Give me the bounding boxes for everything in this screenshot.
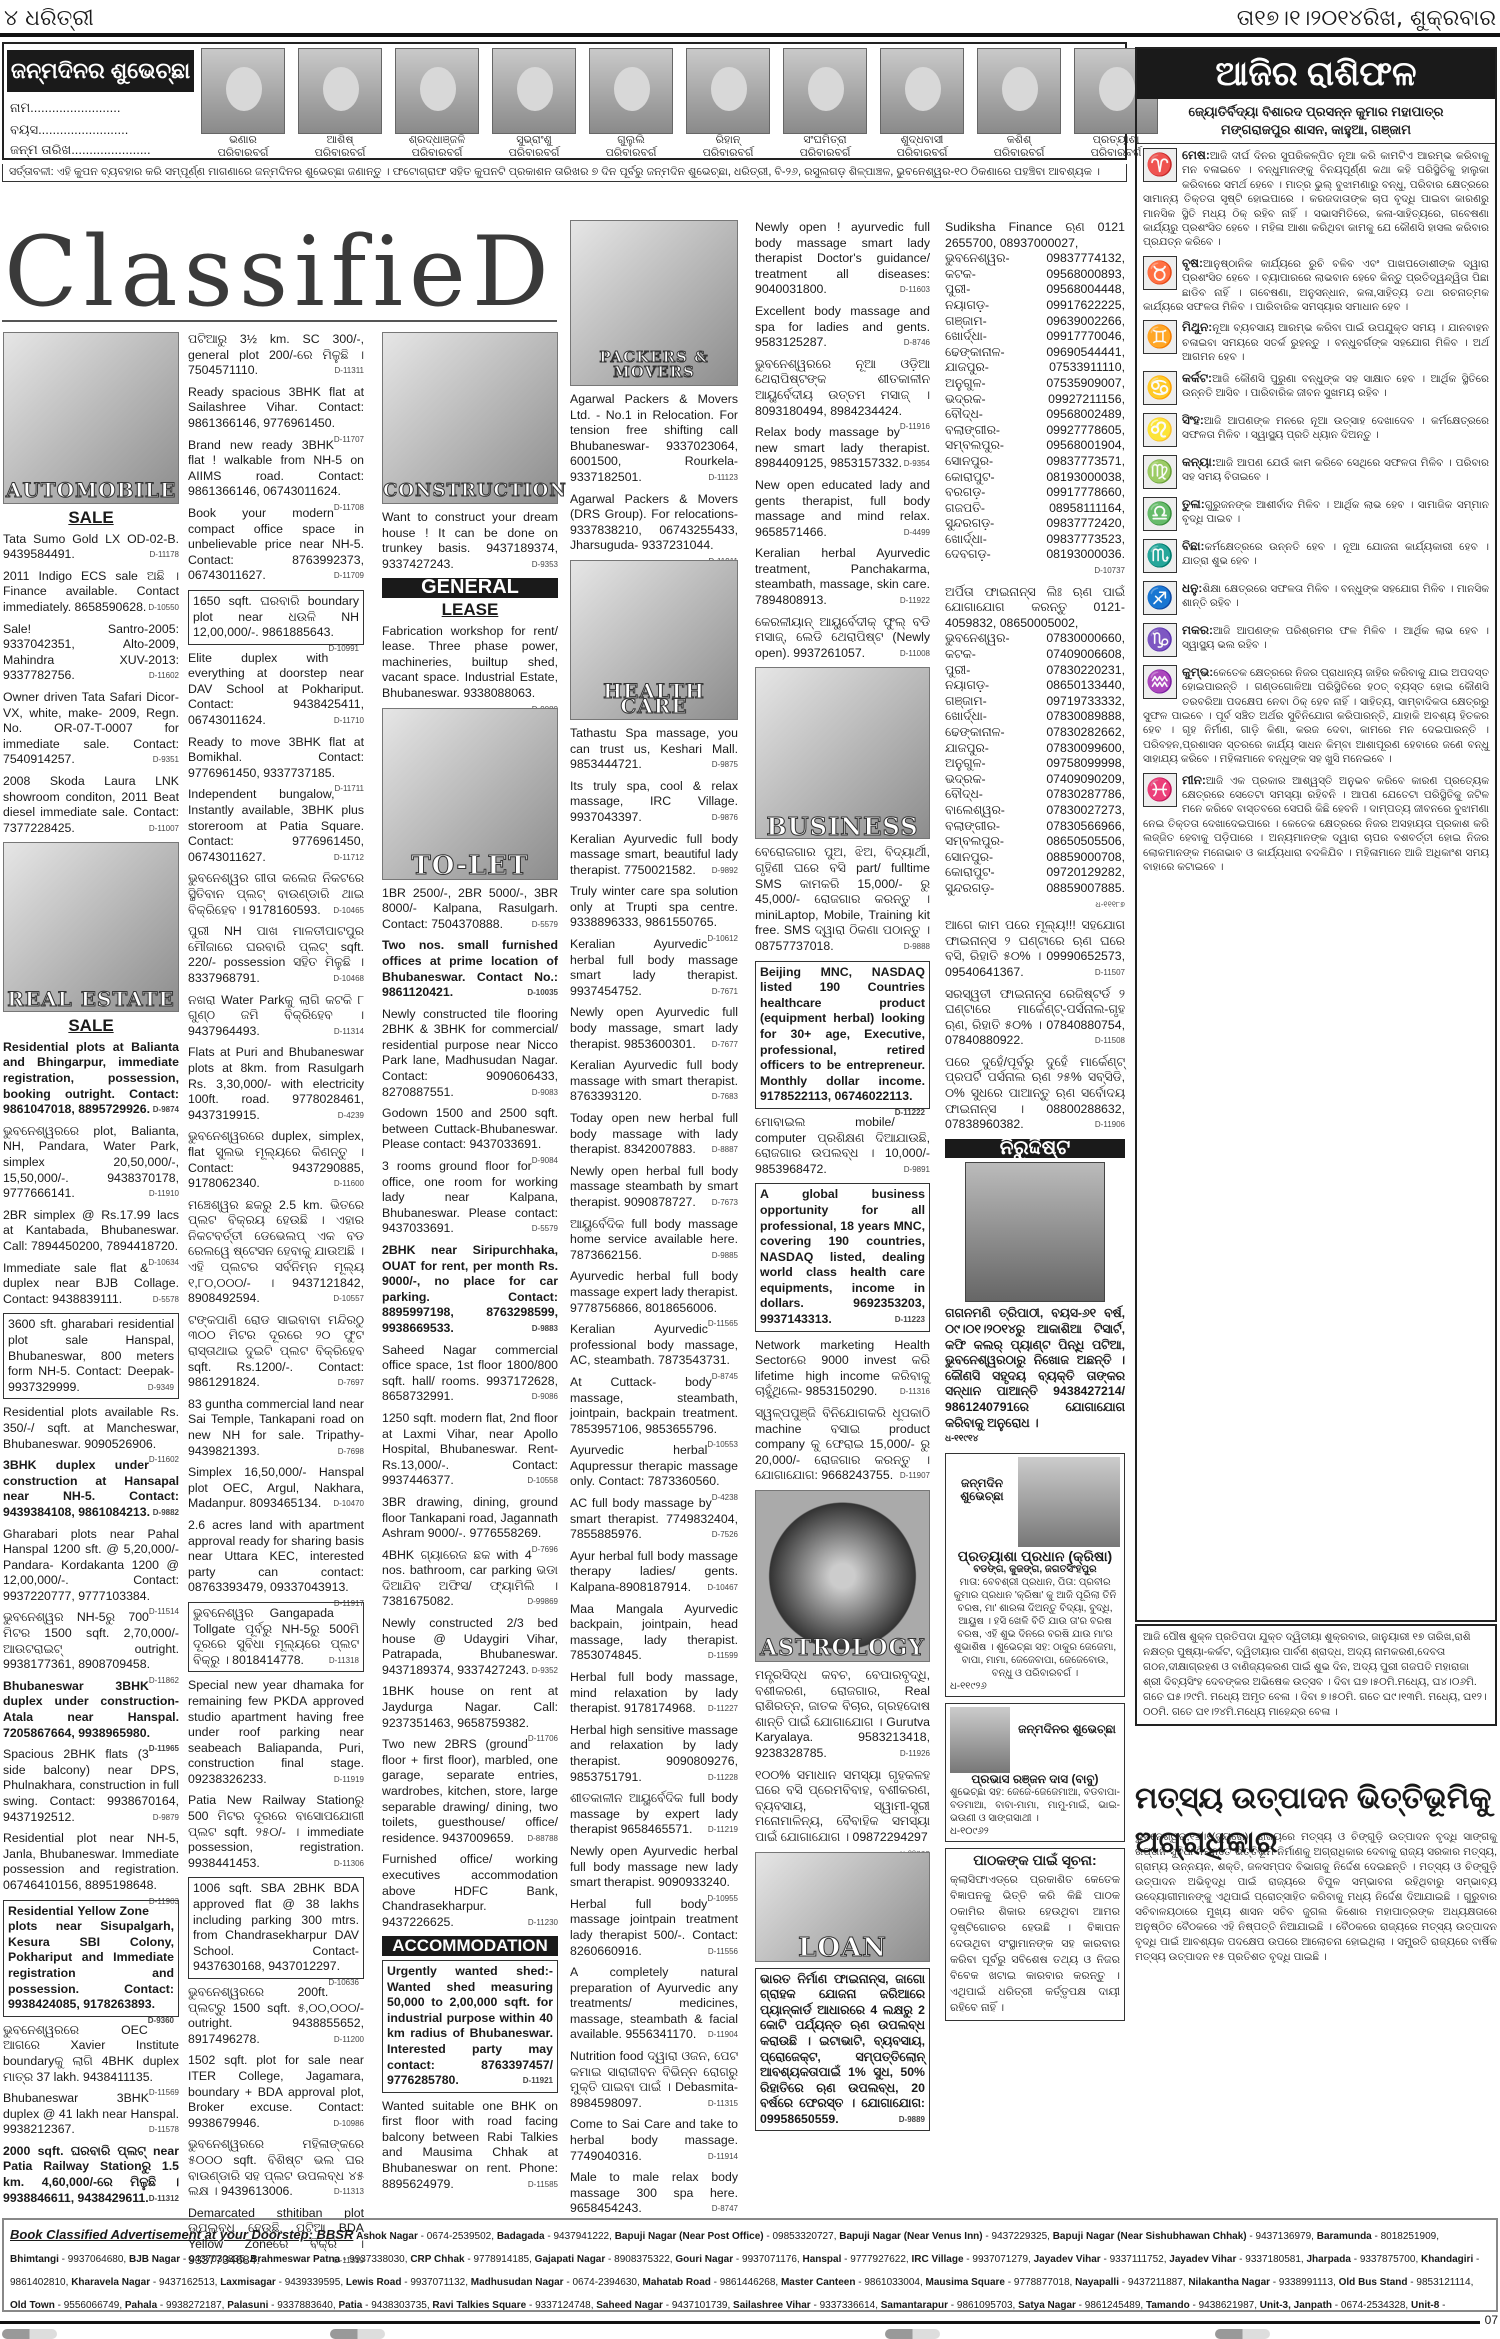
finance-branch-row: ଯାଜପୁର-07830099600,	[945, 741, 1125, 757]
zodiac-name: ବିଛା:	[1182, 539, 1205, 553]
birthday-child-name: ପ୍ରତ୍ୟାଶା ପ୍ରଧାନ (କ୍ରିଷା)	[950, 1550, 1120, 1563]
classified-ad: Ready to move 3BHK flat at Bomikhal. Con…	[188, 735, 364, 782]
classified-ad: ପଟିଆରୁ 3½ km. SC 300/-, general plot 200…	[188, 332, 364, 379]
finance-branch-row: ଭୁବନେଶ୍ୱର-09837774132,	[945, 251, 1125, 267]
ad-code: D-4239	[338, 1108, 364, 1124]
zodiac-icon: ♉	[1143, 256, 1177, 290]
ad-code: D-88788	[527, 1831, 558, 1847]
ad-code: D-10553	[707, 1437, 738, 1453]
ad-code: D-11904	[708, 2027, 738, 2043]
real-estate-category-image: REAL ESTATE	[3, 842, 179, 1012]
finance-branch-row: ଗଜପତି-08958111164,	[945, 501, 1125, 517]
readers-notice: ପାଠକଙ୍କ ପାଇଁ ସୂଚନା: କ୍ଲାସିଫାଏଡ୍‌ରେ ପ୍ରକା…	[945, 1848, 1125, 2022]
ad-code: D-11602	[149, 1452, 179, 1468]
zodiac-sign-entry: ♊ମିଥୁନ:ନୂଆ ବ୍ୟବସାୟ ଆରମ୍ଭ କରିବା ପାଇଁ ଉପଯୁ…	[1137, 316, 1495, 366]
ad-code: D-9084	[532, 1153, 558, 1169]
zodiac-sign-entry: ♌ସିଂହ:ଆଜି ଆପଣଙ୍କ ମନରେ ନୂଆ ଉତ୍ସାହ ଦେଖାଦେବ…	[1137, 409, 1495, 451]
finance-ad: Sudiksha Finance ଋଣ 0121 2655700, 089370…	[945, 220, 1125, 579]
zodiac-name: କର୍କଟ:	[1182, 371, 1212, 385]
business-category-image: BUSINESS	[755, 667, 930, 839]
ad-code: D-11917	[334, 1596, 364, 1612]
column-packers-health: PACKERS & MOVERS Agarwal Packers & Mover…	[570, 220, 738, 2223]
finance-branch-row: ଭୁବନେଶ୍ୱର-07830000660,	[945, 631, 1125, 647]
zodiac-icon: ♑	[1143, 623, 1177, 657]
agent-entry: Bapuji Nagar (Near Venus Inn) - 94372293…	[836, 2231, 1049, 2242]
ad-code: D-8745	[712, 1369, 738, 1385]
ad-code: D-11008	[900, 646, 930, 662]
ad-code: D-11569	[149, 2085, 179, 2101]
classified-ad: Truly winter care spa solution only at T…	[570, 884, 738, 931]
agent-entry: Saheed Nagar - 9437101739,	[593, 2300, 730, 2311]
agent-entry: Bapuji Nagar (Near Sishubhawan Chhak) - …	[1050, 2231, 1314, 2242]
astrology-label: ASTROLOGY	[756, 1641, 929, 1657]
ad-code: D-10465	[333, 903, 364, 919]
kid-photo	[298, 48, 382, 134]
zodiac-icon: ♋	[1143, 371, 1177, 405]
business-label: BUSINESS	[756, 819, 929, 835]
agent-entry: Badagada - 9437941222,	[494, 2231, 612, 2242]
kid-photo	[201, 48, 285, 134]
finance-branch-row: ଦେବଗଡ଼-08193000036.	[945, 547, 1125, 563]
classified-ad: Simplex 16,50,000/- Hanspal plot OEC, Ar…	[188, 1465, 364, 1512]
ad-code: D-8746	[904, 335, 930, 351]
classified-ad: Special new year dhamaka for remaining f…	[188, 1678, 364, 1787]
ad-code: D-9888	[904, 939, 930, 955]
ad-code: D-11306	[334, 1856, 364, 1872]
classified-ad: Ayur herbal full body massage therapy la…	[570, 1549, 738, 1596]
finance-branch-row: ସୋନପୁର-08859000708,	[945, 850, 1125, 866]
kid-family: ପରିବାରବର୍ଗ	[780, 147, 870, 160]
kid-photo	[783, 48, 867, 134]
classified-ad: Herbal high sensitive massage and relaxa…	[570, 1723, 738, 1785]
horoscope-title: ଆଜିର ରାଶିଫଳ	[1137, 49, 1495, 99]
registration-mark	[2, 2329, 57, 2339]
classified-ad: Newly constructed 2/3 bed house @ Udaygi…	[382, 1616, 558, 1678]
kid-family: ପରିବାରବର୍ଗ	[877, 147, 967, 160]
agent-entry: Bhimtangi - 9937064680,	[10, 2254, 126, 2265]
zodiac-name: ଧନୁ:	[1182, 581, 1202, 595]
classified-ad: Its truly spa, cool & relax massage, IRC…	[570, 779, 738, 826]
birthday-kid: ଗୁଲୁଲିପରିବାରବର୍ଗ	[586, 48, 676, 160]
agent-entry: Mausima Square - 9778877018,	[923, 2277, 1073, 2288]
ad-code: D-9351	[153, 752, 179, 768]
classified-ad: 2BR simplex @ Rs.17.99 lacs at Kantabada…	[3, 1208, 179, 1255]
classified-ad: Fabrication workshop for rent/ lease. Th…	[382, 624, 558, 702]
ad-code: D-9349	[148, 1380, 174, 1396]
ad-code: D-11315	[708, 2096, 738, 2112]
birthday-kid: ସୁଭ୍ରାଂଶୁପରିବାରବର୍ଗ	[489, 48, 579, 160]
classified-ad: 3600 sft. gharabari residential plot sal…	[3, 1313, 179, 1399]
ad-code: D-7683	[712, 1089, 738, 1105]
classified-ad: Keralian Ayurvedic full body massage sma…	[570, 832, 738, 879]
zodiac-icon: ♊	[1143, 320, 1177, 354]
news-body: ଭୁବନେଶ୍ୱର,୧୬।୧(ବ୍ୟୁରୋ)- ରାଜ୍ୟରେ ମତ୍ସ୍ୟ ଓ…	[1135, 1830, 1497, 1965]
agent-entry: Jayadev Vihar - 9337180581,	[1167, 2254, 1304, 2265]
ad-code: D-9876	[712, 810, 738, 826]
construction-category-image: CONSTRUCTION	[382, 332, 558, 504]
page-number: 07	[1485, 2313, 1498, 2327]
ad-code: D-11223	[895, 1312, 925, 1328]
classified-ad: Book your modern compact office space in…	[188, 506, 364, 584]
classified-ad: Patia New Railway Stationରୁ 500 ମିଟର ଦୂର…	[188, 1793, 364, 1871]
zodiac-name: ମୀନ:	[1182, 773, 1206, 787]
birthday-title: ଜନ୍ମଦିନର ଶୁଭେଚ୍ଛା	[7, 50, 194, 92]
ad-code: D-7671	[712, 984, 738, 1000]
finance-branch-row: ଅନୁଗୁଳ-07535909007,	[945, 376, 1125, 392]
ad-code: D-11200	[334, 2032, 364, 2048]
packers-movers-category-image: PACKERS & MOVERS	[570, 220, 738, 386]
zodiac-icon: ♈	[1143, 148, 1177, 182]
zodiac-name: ମେଷ:	[1182, 148, 1210, 162]
agent-entry: Ravi Talkies Square - 9337124748,	[430, 2300, 594, 2311]
ad-code: D-4238	[712, 1490, 738, 1506]
ad-code: D-11514	[149, 1604, 179, 1620]
agent-entry: Satya Nagar - 9861245489,	[1015, 2300, 1143, 2311]
coupon-dob-field: ଜନ୍ମ ତାରିଖ......................	[10, 142, 151, 158]
finance-branch-row: ବୌଦ୍ଧ-07830287786,	[945, 787, 1125, 803]
classified-ad: 3BR drawing, dining, ground floor Tankap…	[382, 1495, 558, 1542]
agent-entry: Jayadev Vihar - 9337111752,	[1031, 2254, 1167, 2265]
agent-entry: Nayapalli - 9437211887,	[1072, 2277, 1185, 2288]
ad-code: D-11222	[895, 1105, 925, 1121]
ad-code: D-9889	[899, 2112, 925, 2128]
kid-photo	[395, 48, 479, 134]
classified-ad: ୧୦୦% ସମାଧାନ ସମସ୍ୟା ଗୃହକଳହ ଘରେ ବସି ପ୍ରେମବ…	[755, 1768, 930, 1846]
classified-ad: Two new 2BRS (ground floor + first floor…	[382, 1737, 558, 1846]
ad-code: D-9353	[532, 557, 558, 573]
ad-code: D-9892	[712, 863, 738, 879]
birthday-child-photo-2	[950, 1707, 1010, 1773]
classified-ad: Maa Mangala Ayurvedic backpain, jointpai…	[570, 1602, 738, 1664]
classified-ad: ଭୁବନେଶ୍ୱରରେ ନୂଆ ଓଡ଼ିଆ ଥେରାପିଷ୍ଟଙ୍କ ଶୀତକା…	[755, 357, 930, 419]
classified-ad: ଭାରତ ନିର୍ମାଣ ଫାଇନାନ୍ସ, ଜାଗୋ ଗ୍ରାହକ ଯୋଜନା…	[755, 1968, 930, 2132]
finance-branch-row: ଯାଜପୁର-07533911110,	[945, 360, 1125, 376]
agent-entry: Kharavela Nagar - 9437162513,	[68, 2277, 217, 2288]
ad-code: D-11219	[708, 1822, 738, 1838]
classified-ad: 1006 sqft. SBA 2BHK BDA approved flat @ …	[188, 1877, 364, 1979]
zodiac-sign-entry: ♐ଧନୁ:ଶିକ୍ଷା କ୍ଷେତ୍ରରେ ସଫଳତା ମିଳିବ । ବନ୍ଧ…	[1137, 577, 1495, 619]
ad-code: D-11318	[329, 1653, 359, 1669]
classified-ad: Independent bungalow, Instantly availabl…	[188, 787, 364, 865]
birthday-child-photo	[1018, 1457, 1120, 1547]
ad-code: D-11926	[900, 1746, 930, 1762]
ad-code: D-11712	[334, 850, 364, 866]
balloons-banner: ଜନ୍ମଦିନ ଶୁଭେଚ୍ଛା	[950, 1457, 1014, 1547]
kid-family: ପରିବାରବର୍ଗ	[586, 147, 676, 160]
finance-branch-row: କୋରାପୁଟ-09720129282,	[945, 865, 1125, 881]
ad-code: D-11316	[900, 1384, 930, 1400]
classified-ad: ମୋବାଇଲ mobile/ computer ପ୍ରଶିକ୍ଷଣ ଦିଆଯାଉ…	[755, 1115, 930, 1177]
finance-branch-row: ଗଞ୍ଜାମ-09639002266,	[945, 314, 1125, 330]
agent-entry: Tamando - 9438621987,	[1143, 2300, 1257, 2311]
finance-branch-row: ସୋନପୁର-09837773571,	[945, 454, 1125, 470]
to-let-label: TO-LET	[383, 859, 557, 875]
finance-branch-row: ଅନୁଗୁଳ-09758099998,	[945, 756, 1125, 772]
agent-entry: Mahatab Road - 9861446268,	[640, 2277, 778, 2288]
finance-branch-row: ପୁରୀ-09568004448,	[945, 282, 1125, 298]
ad-code: D-9874	[153, 1102, 179, 1118]
agent-entry: Ashok Nagar - 0674-2539502,	[356, 2231, 494, 2242]
top-rule	[0, 33, 1500, 37]
finance-branch-row: ଭଦ୍ରକ-07409090209,	[945, 772, 1125, 788]
finance-branch-row: ଗଞ୍ଜାମ-09719733332,	[945, 694, 1125, 710]
classified-ad: 1650 sqft. ଘରବାରି boundary plot near ଧଉଳ…	[188, 590, 364, 645]
ad-code: D-11314	[334, 1024, 364, 1040]
column-automobile-realestate: AUTOMOBILE SALE Tata Sumo Gold LX OD-02-…	[3, 332, 179, 2212]
kid-name: ଶ୍ରଦ୍ଧାଞ୍ଜଳି	[392, 134, 482, 147]
ad-code: D-11907	[900, 1468, 930, 1484]
finance-branch-row: ନୟାଗଡ଼-08650133440,	[945, 678, 1125, 694]
ad-code: D-9879	[153, 1810, 179, 1826]
missing-person-notice: ଗଗନମଣି ତ୍ରିପାଠୀ, ବୟସ-୬୧ ବର୍ଷ, ୦୯।୦୧।୨୦୧୪…	[945, 1306, 1125, 1446]
classified-ad: 4BHK ଗ୍ୟାରେଜ ଛକ with 4 nos. bathroom, ca…	[382, 1548, 558, 1610]
zodiac-icon: ♓	[1143, 773, 1177, 807]
classified-ad: ମଞ୍ଚେଶ୍ୱର ଛକରୁ 2.5 km. ଭିତରେ ପ୍ଲଟ ବିକ୍ରୟ…	[188, 1198, 364, 1307]
zodiac-icon: ♏	[1143, 539, 1177, 573]
zodiac-name: କୁମ୍ଭ:	[1182, 665, 1213, 679]
finance-ad: ଅର୍ପିତା ଫାଇନାନ୍ସ ଲିଃ ଋଣ ପାଇଁ ଯୋଗାଯୋଗ କରନ…	[945, 585, 1125, 912]
ad-code: D-7526	[712, 1527, 738, 1543]
finance-branch-row: ଢେଙ୍କାନାଳ-09690544441,	[945, 345, 1125, 361]
loan-category-image: LOAN	[755, 1852, 930, 1962]
ad-code: D-11910	[149, 1186, 179, 1202]
horoscope-panel: ଆଜିର ରାଶିଫଳ ଜ୍ୟୋତିର୍ବିଦ୍ୟା ବିଶାରଦ ପ୍ରସନ୍…	[1135, 47, 1497, 1622]
classified-ad: Herbal full body massage, mind relaxatio…	[570, 1670, 738, 1717]
classified-ad: ଭୁବନେଶ୍ୱର Gangapada Tollgate ପୂର୍ବରୁ NH-…	[188, 1602, 364, 1672]
general-heading: GENERAL	[382, 578, 558, 598]
ad-code: D-9875	[712, 757, 738, 773]
finance-branch-row: କଟକ-09568000893,	[945, 267, 1125, 283]
classified-ad: 83 guntha commercial land near Sai Templ…	[188, 1397, 364, 1459]
classified-banner: ClassifieD	[2, 222, 557, 322]
finance-branch-row: ବାଲେଶ୍ୱର-07830027273,	[945, 803, 1125, 819]
classified-ad: ଆୟୁର୍ବେଦିକ full body massage home servic…	[570, 1217, 738, 1264]
birthday-kid: ସଂଘମିତ୍ରାପରିବାରବର୍ଗ	[780, 48, 870, 160]
ad-code: D-11603	[900, 282, 930, 298]
registration-mark	[330, 2329, 385, 2339]
birthday-ad-2: ଜନ୍ମଦିନର ଶୁଭେଚ୍ଛା ପ୍ରଭାସ ରଞ୍ଜନ ଦାସ (ବାବୁ…	[945, 1703, 1125, 1842]
classified-ad: Wanted suitable one BHK on first floor w…	[382, 2099, 558, 2193]
birthday-ad-1: ଜନ୍ମଦିନ ଶୁଭେଚ୍ଛା ପ୍ରତ୍ୟାଶା ପ୍ରଧାନ (କ୍ରିଷ…	[945, 1453, 1125, 1697]
classified-ad: Newly open Ayurvedic full body massage, …	[570, 1005, 738, 1052]
ad-code: D-11710	[334, 713, 364, 729]
classified-ad: Male to male relax body massage 300 spa …	[570, 2170, 738, 2217]
classified-ad: Spacious 2BHK flats (3 side balcony) nea…	[3, 1747, 179, 1825]
automobile-category-image: AUTOMOBILE	[3, 332, 179, 504]
ad-code: D-10636	[328, 1975, 359, 1991]
kid-photo	[977, 48, 1061, 134]
classified-ad: ବେରୋଜଗାର ପୁଅ, ଝିଅ, ବିଦ୍ୟାର୍ଥୀ, ଗୃହିଣୀ ଘର…	[755, 845, 930, 954]
classified-ad: 2BHK near Siripurchhaka, OUAT for rent, …	[382, 1243, 558, 1337]
ad-code: D-9354	[904, 456, 930, 472]
ad-code: D-10991	[328, 641, 359, 657]
column-finance-missing: Sudiksha Finance ଋଣ 0121 2655700, 089370…	[945, 220, 1125, 2021]
kids-photo-row: ଭଣାରପରିବାରବର୍ଗଆଶିଷ୍ପରିବାରବର୍ଗଶ୍ରଦ୍ଧାଞ୍ଜଳ…	[198, 48, 1161, 160]
ad-code: D-11906	[1095, 1117, 1125, 1133]
ad-code: D-11230	[528, 1915, 558, 1931]
bottom-rule	[0, 2321, 1480, 2324]
classified-ad: Residential plot near NH-5, Janla, Bhuba…	[3, 1831, 179, 1893]
ad-code: D-11921	[523, 2073, 553, 2089]
classified-ad: Gharabari plots near Pahal Hanspal 1200 …	[3, 1527, 179, 1605]
agent-entry: Gajapati Nagar - 8908375322,	[532, 2254, 673, 2265]
classified-ad: ଭୁବନେଶ୍ୱରରେ ମହିଳାଙ୍କରେ ୫୦୦୦ sqft. ବିଶିଷ୍…	[188, 2137, 364, 2199]
horoscope-byline: ଜ୍ୟୋତିର୍ବିଦ୍ୟା ବିଶାରଦ ପ୍ରସନ୍ନ କୁମାର ମହାପ…	[1137, 99, 1495, 144]
agent-entry: IRC Village - 9937071279,	[909, 2254, 1031, 2265]
ad-code: D-10035	[527, 985, 558, 1001]
booking-agents-footer: Book Classified Advertisement at your Do…	[2, 2218, 1498, 2312]
classified-ad: ଭୁବନେଶ୍ୱରରେ duplex, simplex, flat ସୁଲଭ ମ…	[188, 1129, 364, 1191]
registration-mark	[885, 2329, 940, 2339]
agent-entry: Sailashree Vihar - 9337336614,	[730, 2300, 878, 2311]
classified-ad: Saheed Nagar commercial office space, 1s…	[382, 1343, 558, 1405]
finance-branch-row: ସୁନ୍ଦରଗଡ଼-08859007885.	[945, 881, 1125, 897]
classified-ad: 2011 Indigo ECS sale ଅଛି । Finance avail…	[3, 569, 179, 616]
classified-ad: 2008 Skoda Laura LNK showroom conditon, …	[3, 774, 179, 836]
zodiac-name: ମକର:	[1182, 623, 1213, 637]
kid-name: ଶୁଦ୍ଧବାସୀ	[877, 134, 967, 147]
ad-code: D-11508	[1095, 1033, 1125, 1049]
ad-code: D-5579	[532, 1221, 558, 1237]
automobile-label: AUTOMOBILE	[4, 483, 178, 499]
missing-person-heading: ନିରୁଦ୍ଦିଷ୍ଟ	[945, 1139, 1125, 1159]
zodiac-sign-entry: ♋କର୍କଟ:ଆଜି କୌଣସି ପୁରୁଣା ବନ୍ଧୁଙ୍କ ସହ ସାକ୍…	[1137, 367, 1495, 409]
ad-code: D-10468	[333, 971, 364, 987]
classified-ad: Want to construct your dream house ! It …	[382, 510, 558, 572]
ad-code: D-11916	[900, 419, 930, 435]
ad-code: D-99869	[527, 1594, 558, 1610]
footer-heading: Book Classified Advertisement at your Do…	[10, 2227, 353, 2242]
birthday-wishes-strip: ଜନ୍ମଦିନର ଶୁଭେଚ୍ଛା ନାମ...................…	[2, 42, 1127, 160]
zodiac-icon: ♐	[1143, 581, 1177, 615]
classified-ad: A global business opportunity for all pr…	[755, 1183, 930, 1331]
classified-ad: Newly open herbal full body massage stea…	[570, 1164, 738, 1211]
finance-branch-row: କୋରାପୁଟ-08193000038,	[945, 470, 1125, 486]
classified-ad: Agarwal Packers & Movers (DRS Group). Fo…	[570, 492, 738, 554]
sale-heading: SALE	[3, 510, 179, 526]
classified-ad: Ayurvedic herbal full body massage exper…	[570, 1269, 738, 1316]
finance-branch-row: ବରଗଡ଼-09917778660,	[945, 485, 1125, 501]
finance-branch-row: ବୌଦ୍ଧ-09568002489,	[945, 407, 1125, 423]
ad-code: D-11602	[149, 668, 179, 684]
classified-ad: ସ୍ୱଳ୍ପପୁଞ୍ଜି ବିନିଯୋଗକରି ଧୂପକାଠି machine …	[755, 1406, 930, 1484]
ad-code: D-11709	[334, 568, 364, 584]
ad-code: D-9891	[904, 1162, 930, 1178]
zodiac-sign-entry: ♉ବୃଷ:ଆନୁଷ୍ଠାନିକ କାର୍ଯ୍ୟରେ ରୁଚି ବଳିବ ଏବଂ …	[1137, 252, 1495, 317]
ad-code: D-11565	[708, 1316, 738, 1332]
agent-entry: CRP Chhak - 9778914185,	[408, 2254, 532, 2265]
classified-ad: କେରଳୀୟାନ୍ ଆୟୁର୍ବେଦୀକ୍ ଫୁଲ୍ ବଡି ମସାଜ୍, ଲେ…	[755, 615, 930, 662]
astrology-category-image: ASTROLOGY	[755, 1490, 930, 1662]
packers-movers-label: PACKERS & MOVERS	[571, 350, 737, 381]
agent-entry: Old Town - 9556066749,	[10, 2300, 122, 2311]
loan-label: LOAN	[756, 1941, 929, 1957]
kid-photo	[492, 48, 576, 134]
accommodation-heading: ACCOMMODATION	[382, 1936, 558, 1956]
classified-ad: Newly constructed tile flooring 2BHK & 3…	[382, 1007, 558, 1101]
classified-ad: Elite duplex with everything at doorstep…	[188, 651, 364, 729]
agent-entry: Unit-3, Janpath - 0674-2534328,	[1257, 2300, 1408, 2311]
kid-photo	[686, 48, 770, 134]
classified-ad: Furnished office/ working executives acc…	[382, 1852, 558, 1930]
zodiac-sign-entry: ♎ତୁଳା:ଗୁରୁଜନଙ୍କ ଆଶୀର୍ବାଦ ମିଳିବ । ଆର୍ଥିକ …	[1137, 493, 1495, 535]
classified-ad: Newly open ! ayurvedic full body massage…	[755, 220, 930, 298]
ad-code: D-11007	[149, 821, 179, 837]
agent-entry: Hanspal - 9777927622,	[800, 2254, 909, 2265]
column-business-astrology: Newly open ! ayurvedic full body massage…	[755, 220, 930, 2137]
ad-code: D-11914	[708, 2149, 738, 2165]
classified-ad: Tata Sumo Gold LX OD-02-B. 9439584491.D-…	[3, 532, 179, 563]
classified-ad: 1BR 2500/-, 2BR 5000/-, 3BR 8000/- Kalpa…	[382, 886, 558, 933]
classified-ad: Flats at Puri and Bhubaneswar plots at 8…	[188, 1045, 364, 1123]
kid-family: ପରିବାରବର୍ଗ	[683, 147, 773, 160]
classified-ad: ପରେ ଦୁହେଁ/ପୂର୍ବରୁ ଦୁହେଁ ମାର୍କେଣ୍ଟ୍ ପ୍ରପର…	[945, 1055, 1125, 1133]
finance-branch-row: ବଲାଙ୍ଗୀର-09927778605,	[945, 423, 1125, 439]
ad-code: D-8747	[712, 2201, 738, 2217]
zodiac-sign-entry: ♍କନ୍ୟା:ଆଜି ଆପଣ ଯେଉଁ କାମ କରିବେ ସେଥିରେ ସଫଳ…	[1137, 451, 1495, 493]
ad-code: D-7673	[712, 1195, 738, 1211]
ad-code: D-10558	[527, 1473, 558, 1489]
kid-name: ରିହାନ୍	[683, 134, 773, 147]
agent-entry: Pahala - 9938272187,	[122, 2300, 224, 2311]
ad-code: D-11599	[708, 1648, 738, 1664]
ad-code: D-11578	[149, 2122, 179, 2138]
agent-entry: Madhusudan Nagar - 0674-2394630,	[468, 2277, 640, 2288]
classified-ad: Residential Yellow Zone plots near Sisup…	[3, 1900, 179, 2017]
classified-ad: ଭୁବନେଶ୍ୱର ଗୀତା କଲେଜ ନିକଟରେ ସ୍ଥିତିବାନ ପ୍ଲ…	[188, 871, 364, 918]
ad-code: D-11903	[149, 1894, 179, 1910]
kid-photo	[589, 48, 673, 134]
classified-ad: 2000 sqft. ଘରବାରି ପ୍ଲଟ୍ near Patia Railw…	[3, 2144, 179, 2206]
kid-name: ସୁଭ୍ରାଂଶୁ	[489, 134, 579, 147]
classified-ad: Ready spacious 3BHK flat at Sailashree V…	[188, 385, 364, 432]
coupon-terms: ସର୍ତ୍ତାବଳୀ: ଏହି କୁପନ ବ୍ୟବହାର କରି ସମ୍ପୂର୍…	[2, 164, 1127, 182]
sale-heading-2: SALE	[3, 1018, 179, 1034]
real-estate-label: REAL ESTATE	[4, 992, 178, 1008]
finance-branch-row: ସମ୍ବଲପୁର-09568001904,	[945, 438, 1125, 454]
finance-branch-row: ସୁନ୍ଦରଗଡ଼-09837772420,	[945, 516, 1125, 532]
ad-code: D-7698	[338, 1444, 364, 1460]
agent-entry: Jharpada - 9337875700,	[1304, 2254, 1419, 2265]
ad-code: D-11922	[900, 593, 930, 609]
zodiac-sign-entry: ♈ମେଷ:ଆଜି ଦୀର୍ଘ ଦିନର ସୁପରିକଳ୍ପିତ ନୂଆ କରି …	[1137, 144, 1495, 252]
classified-ad: 1250 sqft. modern flat, 2nd floor at Lax…	[382, 1411, 558, 1489]
birthday-kid: ଶ୍ରଦ୍ଧାଞ୍ଜଳିପରିବାରବର୍ଗ	[392, 48, 482, 160]
zodiac-icon: ♍	[1143, 455, 1177, 489]
ad-code: D-11585	[528, 2177, 558, 2193]
agent-entry: BJB Nagar - 9437030835,	[126, 2254, 247, 2265]
kid-name: ଗୁଲୁଲି	[586, 134, 676, 147]
agent-entry: Patia - 9438303735,	[336, 2300, 430, 2311]
missing-person-photo	[965, 1162, 1105, 1302]
classified-ad: Residential plots available Rs. 350/-/ s…	[3, 1405, 179, 1452]
agent-entry: Gouri Nagar - 9937071176,	[673, 2254, 800, 2265]
ad-code: D-10612	[707, 931, 738, 947]
classified-ad: ସରସ୍ୱତୀ ଫାଇନାନ୍ସ ରେଜିଷ୍ଟର୍ଡ ୨ ଘଣ୍ଟାରେ ମା…	[945, 987, 1125, 1049]
page-label: ୪ ଧରିତ୍ରୀ	[4, 6, 94, 31]
classified-ad: New open educated lady and gents therapi…	[755, 478, 930, 540]
ad-code: D-11556	[708, 1944, 738, 1960]
kid-photo	[880, 48, 964, 134]
classified-ad: 1BHK house on rent at Jaydurga Nagar. Ca…	[382, 1684, 558, 1731]
agent-entry: Brahmeswar Patna - 9937338030,	[247, 2254, 407, 2265]
finance-branch-row: ଢେଙ୍କାନାଳ-07830282662,	[945, 725, 1125, 741]
ad-code: D-11312	[149, 2191, 179, 2207]
ad-code: D-11178	[150, 547, 180, 563]
column-realestate-2: ପଟିଆରୁ 3½ km. SC 300/-, general plot 200…	[188, 332, 364, 2274]
ad-code: D-11507	[1095, 965, 1125, 981]
ad-code: D-10557	[333, 1291, 364, 1307]
